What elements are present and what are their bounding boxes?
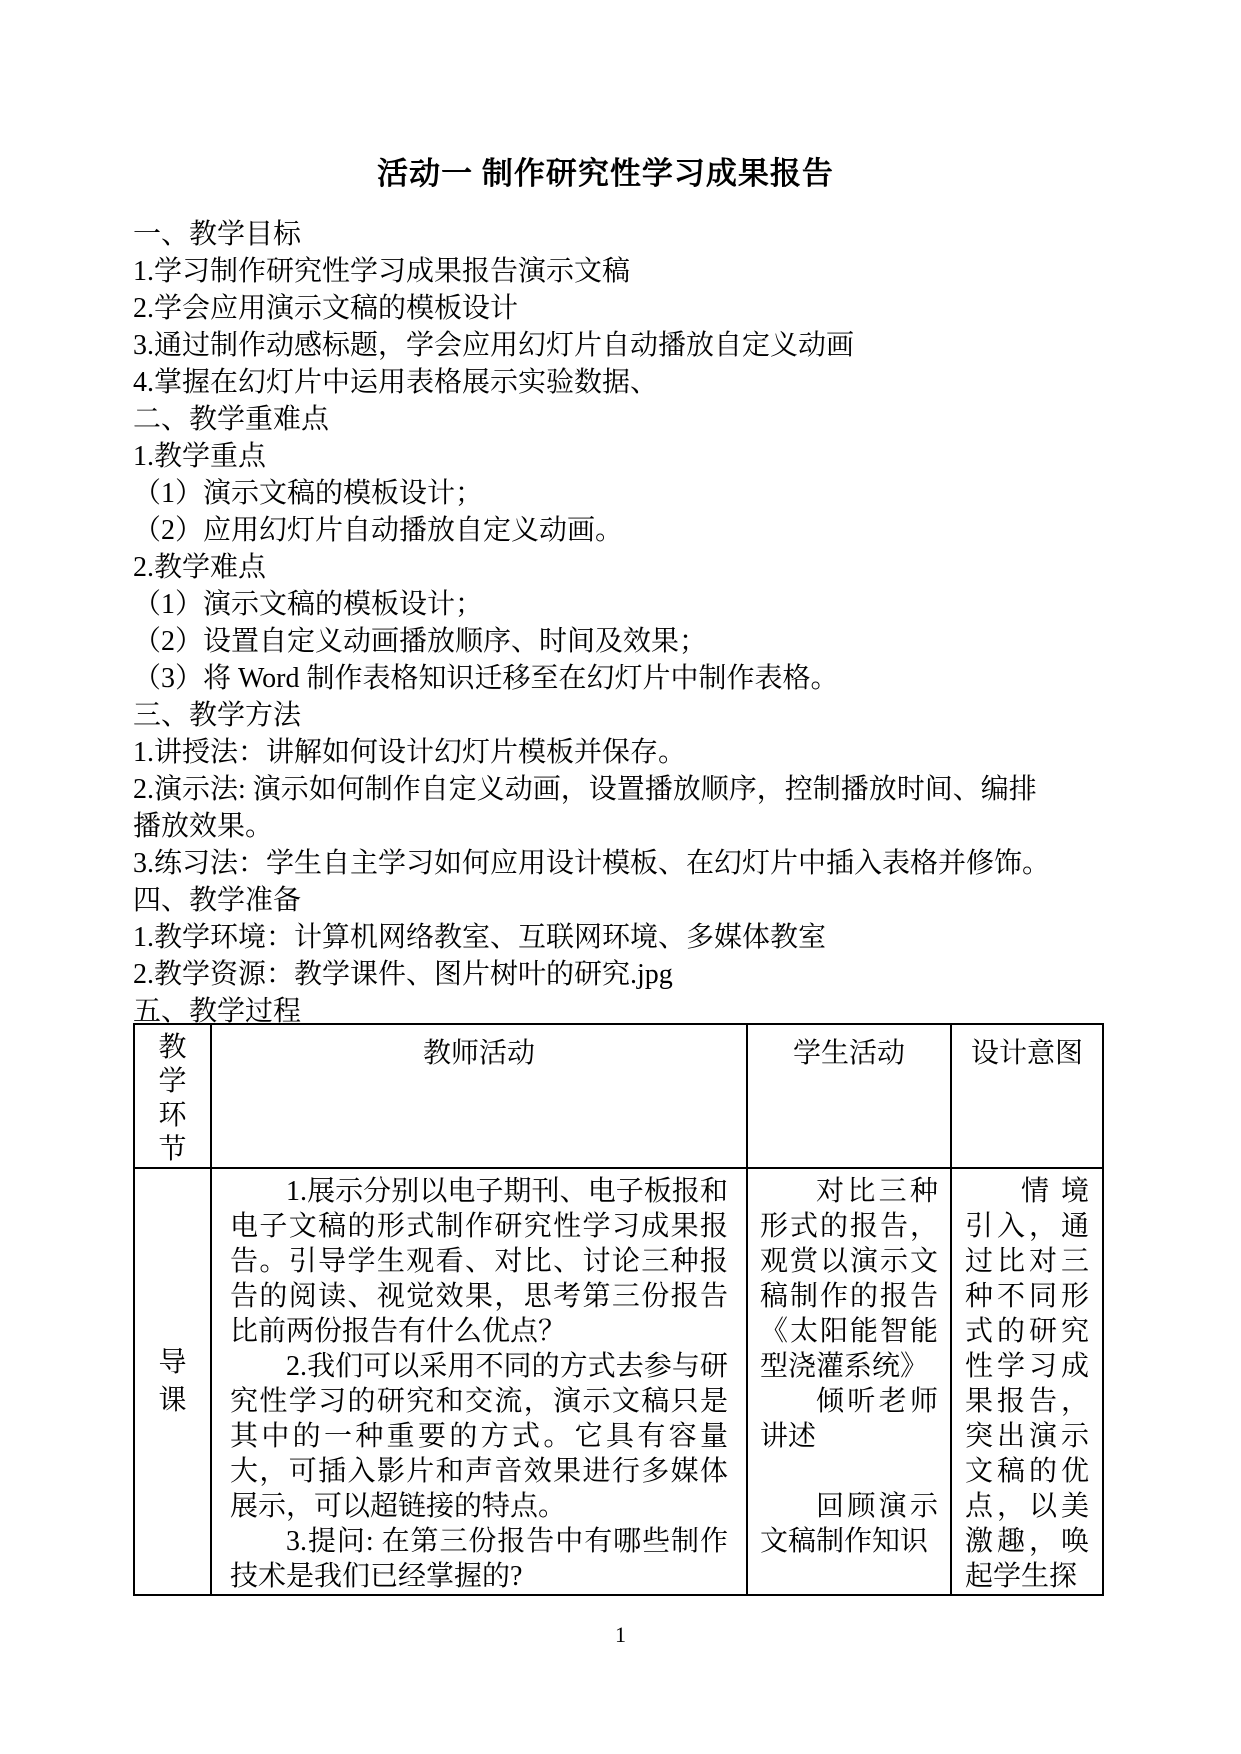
cell-paragraph: 3.提问: 在第三份报告中有哪些制作技术是我们已经掌握的? bbox=[230, 1524, 728, 1594]
body-line: 2.教学资源：教学课件、图片树叶的研究.jpg bbox=[133, 956, 1095, 993]
page-number: 1 bbox=[0, 1622, 1241, 1648]
body-line: 四、教学准备 bbox=[133, 882, 1095, 919]
body-line: （2）设置自定义动画播放顺序、时间及效果； bbox=[133, 623, 1095, 660]
document-page: 活动一 制作研究性学习成果报告 一、教学目标1.学习制作研究性学习成果报告演示文… bbox=[0, 0, 1241, 1754]
body-line: 1.学习制作研究性学习成果报告演示文稿 bbox=[133, 253, 1095, 290]
teacher-activity-cell: 1.展示分别以电子期刊、电子板报和电子文稿的形式制作研究性学习成果报告。引导学生… bbox=[211, 1168, 747, 1595]
body-line: 三、教学方法 bbox=[133, 697, 1095, 734]
body-line: （1）演示文稿的模板设计； bbox=[133, 475, 1095, 512]
cell-paragraph bbox=[760, 1454, 938, 1489]
body-line: 1.讲授法：讲解如何设计幻灯片模板并保存。 bbox=[133, 734, 1095, 771]
table-body: 导课1.展示分别以电子期刊、电子板报和电子文稿的形式制作研究性学习成果报告。引导… bbox=[134, 1168, 1103, 1595]
body-line: 2.演示法: 演示如何制作自定义动画，设置播放顺序，控制播放时间、编排 bbox=[133, 771, 1095, 808]
body-line: （2）应用幻灯片自动播放自定义动画。 bbox=[133, 512, 1095, 549]
header-teacher-activity: 教师活动 bbox=[211, 1024, 747, 1168]
body-line: （1）演示文稿的模板设计； bbox=[133, 586, 1095, 623]
cell-paragraph: 2.我们可以采用不同的方式去参与研究性学习的研究和交流，演示文稿只是其中的一种重… bbox=[230, 1349, 728, 1524]
body-line: 二、教学重难点 bbox=[133, 401, 1095, 438]
header-student-activity: 学生活动 bbox=[747, 1024, 951, 1168]
table-row: 导课1.展示分别以电子期刊、电子板报和电子文稿的形式制作研究性学习成果报告。引导… bbox=[134, 1168, 1103, 1595]
table-header-row: 教学环节教师活动学生活动设计意图 bbox=[134, 1024, 1103, 1168]
body-line: 2.教学难点 bbox=[133, 549, 1095, 586]
stage-cell: 导课 bbox=[134, 1168, 211, 1595]
body-line: （3）将 Word 制作表格知识迁移至在幻灯片中制作表格。 bbox=[133, 660, 1095, 697]
body-line: 播放效果。 bbox=[133, 808, 1095, 845]
page-title: 活动一 制作研究性学习成果报告 bbox=[133, 148, 1078, 193]
student-activity-cell: 对比三种形式的报告，观赏以演示文稿制作的报告《太阳能智能型浇灌系统》倾听老师讲述… bbox=[747, 1168, 951, 1595]
cell-paragraph: 情境引入，通过比对三种不同形式的研究性学习成果报告，突出演示文稿的优点，以美激趣… bbox=[965, 1174, 1089, 1594]
body-line: 3.通过制作动感标题，学会应用幻灯片自动播放自定义动画 bbox=[133, 327, 1095, 364]
body-line: 2.学会应用演示文稿的模板设计 bbox=[133, 290, 1095, 327]
header-stage: 教学环节 bbox=[134, 1024, 211, 1168]
body-line: 1.教学重点 bbox=[133, 438, 1095, 475]
cell-paragraph: 对比三种形式的报告，观赏以演示文稿制作的报告《太阳能智能型浇灌系统》 bbox=[760, 1174, 938, 1384]
body-line: 3.练习法：学生自主学习如何应用设计模板、在幻灯片中插入表格并修饰。 bbox=[133, 845, 1095, 882]
design-intent-cell: 情境引入，通过比对三种不同形式的研究性学习成果报告，突出演示文稿的优点，以美激趣… bbox=[951, 1168, 1103, 1595]
teaching-process-table: 教学环节教师活动学生活动设计意图 导课1.展示分别以电子期刊、电子板报和电子文稿… bbox=[133, 1023, 1104, 1596]
cell-paragraph: 倾听老师讲述 bbox=[760, 1384, 938, 1454]
cell-paragraph: 1.展示分别以电子期刊、电子板报和电子文稿的形式制作研究性学习成果报告。引导学生… bbox=[230, 1174, 728, 1349]
body-line: 一、教学目标 bbox=[133, 216, 1095, 253]
body-lines: 一、教学目标1.学习制作研究性学习成果报告演示文稿2.学会应用演示文稿的模板设计… bbox=[133, 216, 1095, 1030]
body-line: 1.教学环境：计算机网络教室、互联网环境、多媒体教室 bbox=[133, 919, 1095, 956]
cell-paragraph: 回顾演示文稿制作知识 bbox=[760, 1489, 938, 1559]
body-line: 4.掌握在幻灯片中运用表格展示实验数据、 bbox=[133, 364, 1095, 401]
header-design-intent: 设计意图 bbox=[951, 1024, 1103, 1168]
